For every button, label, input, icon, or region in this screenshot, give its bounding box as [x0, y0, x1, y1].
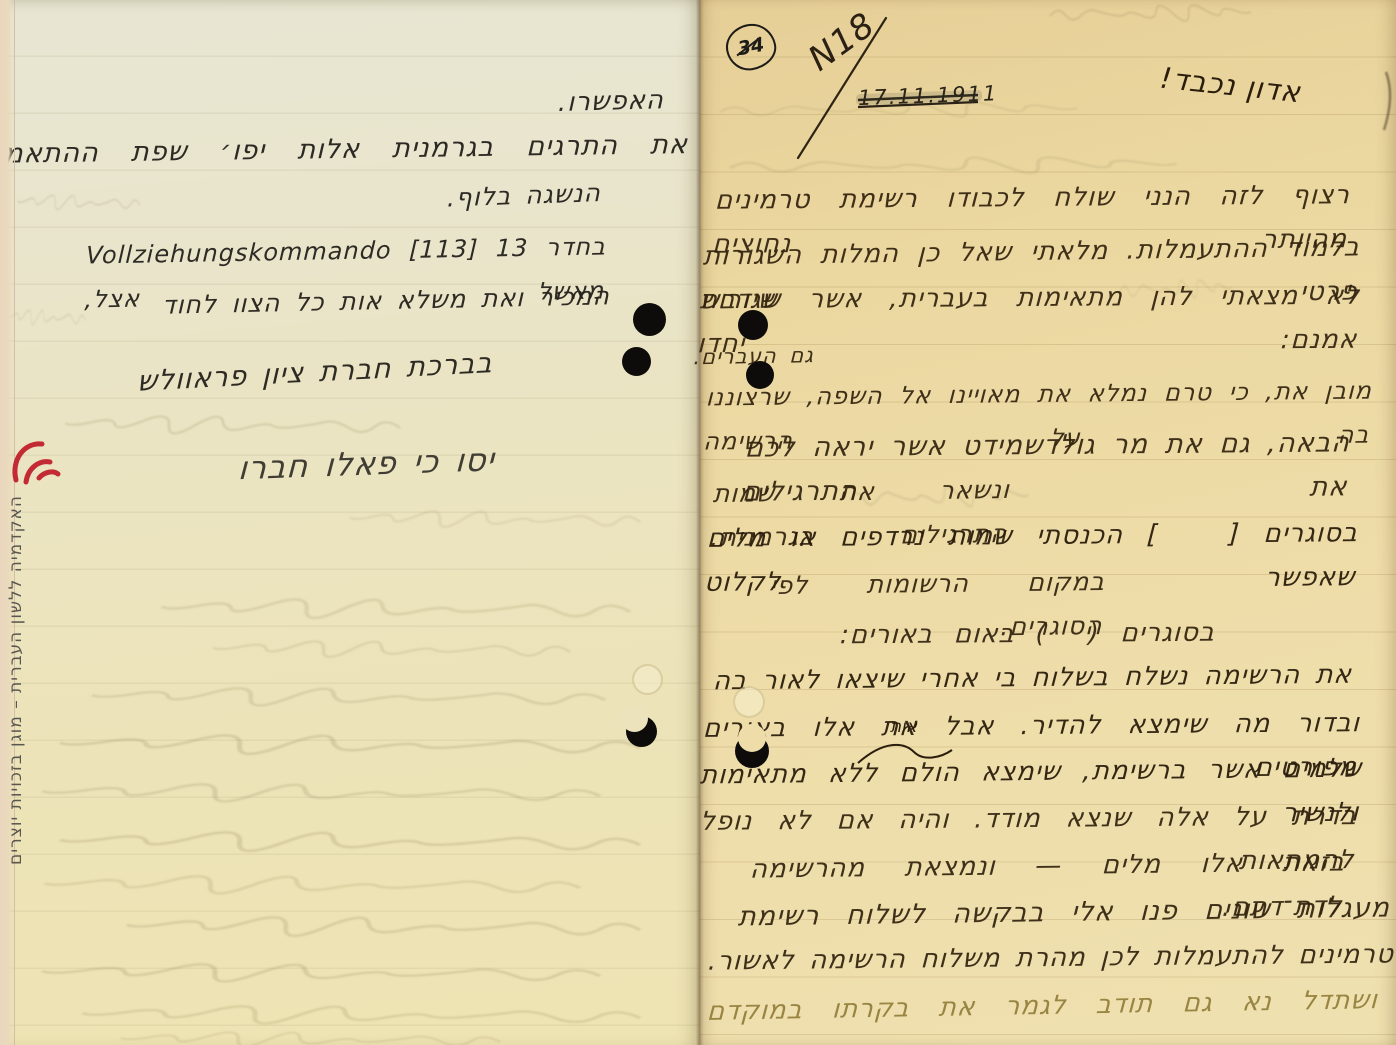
left-page: האפשרו. את התרגים בגרמנית אלות יפו׳ שפת …	[0, 0, 700, 1045]
handwritten-line: בדרת על אלה שנצא מודד. והיה אם לא נופל ל…	[699, 794, 1359, 846]
handwritten-line: בזאת אלו מלים — ונמצאת מהרשימה לדת־דתם.	[749, 840, 1347, 893]
handwritten-line: בסוגרים [ ] הכנסתי שמות נרדפים או מלים ש…	[706, 511, 1360, 563]
ghost-line	[7, 310, 85, 324]
handwritten-line: במקום הרשומות לפי הסוגרים.	[769, 560, 1107, 610]
hole-punch-dot	[622, 347, 651, 376]
page-seam-shadow	[696, 0, 704, 1045]
crescent-bite	[738, 724, 766, 752]
paper-patch-ring	[733, 686, 765, 718]
logo-strokes	[15, 444, 58, 482]
handwritten-line: בסוגרים ( ) באום באורים:	[839, 611, 1217, 660]
paper-patch-ring	[632, 664, 663, 695]
handwritten-line: המכיר ואת משלא אות כל הצוו לחוד	[161, 274, 610, 329]
ghost-line	[17, 195, 140, 209]
ghost-line	[1050, 5, 1251, 21]
copyright-watermark-text: האקדמיה ללשון העברית – מוגן בזכויות יוצר…	[6, 495, 30, 1000]
handwritten-line: ונשאר את שמות התרגילים בגרמנית.	[712, 468, 1012, 518]
corner-number-text: 34	[736, 34, 766, 60]
handwritten-line: לא מצאתי להן מתאימות בעברית, אשר שגורות …	[699, 274, 1362, 325]
right-page: 34 N18 17.11.1911 אדון נכבד! אות רצוף לז…	[700, 0, 1396, 1045]
ghost-line	[350, 511, 640, 527]
edge-ink-stroke	[1384, 72, 1390, 130]
handwritten-line: שלמים אשר ברשימת, שימצא הולם ללא מתאימות…	[699, 747, 1364, 800]
handwritten-line: מובן את, כי טרם נמלא את מאויינו אל השפה,…	[705, 368, 1374, 421]
ghost-line	[43, 964, 601, 981]
handwritten-line: האפשרו.	[527, 78, 664, 128]
hole-punch-dot	[746, 361, 774, 389]
handwritten-line: ובדור מה שימצא להדיר. אבל את אלו באורים …	[702, 701, 1362, 753]
crescent-bite	[621, 705, 648, 732]
handwritten-line: טרמינים להתעמלות לכן מהרת משלוח הרשימה ל…	[707, 932, 1396, 985]
handwritten-line: את הרשימה נשלח בשלוח בי אחרי שיצאו לאור …	[712, 653, 1354, 706]
handwritten-line: בלמוד ההתעמלות. מלאתי שאל כן המלות השגור…	[702, 225, 1362, 280]
ghost-line	[92, 688, 605, 705]
handwritten-line: הבאה, גם את מר גולדשמידט אשר יראה לכם את…	[744, 421, 1352, 472]
ghost-line	[60, 832, 640, 850]
ghost-line	[66, 416, 401, 433]
ghost-line	[83, 1006, 641, 1023]
ghost-line	[162, 599, 630, 617]
handwritten-line: רצוף לזה הנני שולח לכבודו רשימת טרמינים …	[714, 173, 1352, 225]
scanned-letter-spread: האפשרו. את התרגים בגרמנית אלות יפו׳ שפת …	[0, 0, 1396, 1045]
ghost-line	[60, 735, 640, 753]
handwritten-line: הנשגה בלוף.	[433, 171, 602, 223]
date-stamp: 17.11.1911	[858, 82, 981, 110]
hole-punch-dot	[738, 310, 768, 340]
ghost-line	[127, 917, 640, 935]
handwritten-line: את התרגים בגרמנית אלות יפו׳ שפת ההתאמל	[0, 123, 689, 179]
ghost-line	[213, 641, 570, 657]
academy-logo-icon	[6, 432, 70, 502]
handwritten-line: בחדר 13 [113] Vollziehungskommando מאשל …	[85, 224, 607, 279]
logo-stroke-small	[39, 472, 58, 478]
hole-punch-dot	[633, 303, 666, 336]
ghost-line	[730, 157, 1176, 173]
ghost-line	[43, 784, 601, 801]
ghost-line	[121, 1032, 500, 1045]
ghost-line	[45, 876, 580, 893]
